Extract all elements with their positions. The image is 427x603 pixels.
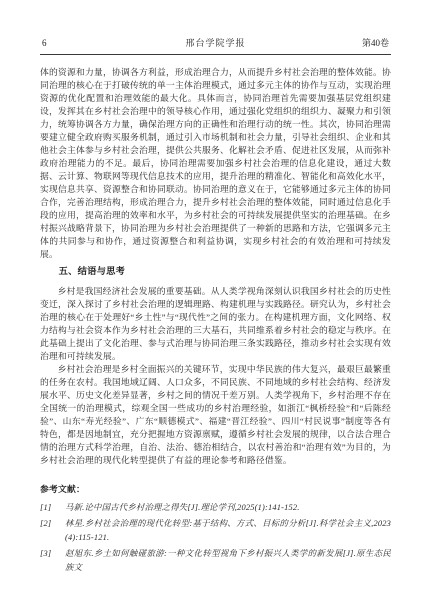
reference-item-3: [3] 赵旭东.乡土如何触碰旅游:一种文化转型视角下乡村振兴人类学的新发展[J]… bbox=[40, 547, 391, 575]
reference-item-2: [2] 林星.乡村社会治理的现代化转型:基于结构、方式、目标的分析[J].科学社… bbox=[40, 517, 391, 545]
section-heading-conclusion: 五、结语与思考 bbox=[40, 266, 391, 279]
reference-label-3: [3] bbox=[40, 547, 65, 575]
reference-text-1: 马新.论中国古代乡村治理之得失[J].理论学刊,2025(1):141-152. bbox=[65, 501, 391, 515]
references-section: 参考文献： [1] 马新.论中国古代乡村治理之得失[J].理论学刊,2025(1… bbox=[40, 483, 391, 575]
reference-label-1: [1] bbox=[40, 501, 65, 515]
journal-page: 6 邢台学院学报 第40卷 体的资源和力量，协调各方利益，形成治理合力，从而提升… bbox=[0, 0, 427, 603]
volume-label: 第40卷 bbox=[329, 38, 389, 49]
reference-text-3: 赵旭东.乡土如何触碰旅游:一种文化转型视角下乡村振兴人类学的新发展[J].原生态… bbox=[65, 547, 391, 575]
reference-item-1: [1] 马新.论中国古代乡村治理之得失[J].理论学刊,2025(1):141-… bbox=[40, 501, 391, 515]
reference-text-2: 林星.乡村社会治理的现代化转型:基于结构、方式、目标的分析[J].科学社会主义,… bbox=[65, 517, 391, 545]
paragraph-conclusion-outlook: 乡村社会治理是乡村全面振兴的关键环节，实现中华民族的伟大复兴，最艰巨最繁重的任务… bbox=[40, 363, 391, 467]
article-body: 体的资源和力量，协调各方利益，形成治理合力，从而提升乡村社会治理的整体效能。协同… bbox=[40, 66, 391, 575]
page-header: 6 邢台学院学报 第40卷 bbox=[40, 38, 391, 55]
paragraph-collaborative-governance: 体的资源和力量，协调各方利益，形成治理合力，从而提升乡村社会治理的整体效能。协同… bbox=[40, 66, 391, 261]
reference-label-2: [2] bbox=[40, 517, 65, 545]
journal-title: 邢台学院学报 bbox=[102, 38, 329, 49]
page-number: 6 bbox=[42, 38, 102, 49]
references-heading: 参考文献： bbox=[40, 483, 391, 496]
paragraph-conclusion-summary: 乡村是我国经济社会发展的重要基础。从人类学视角深刻认识我国乡村社会的历史性变迁，… bbox=[40, 285, 391, 363]
